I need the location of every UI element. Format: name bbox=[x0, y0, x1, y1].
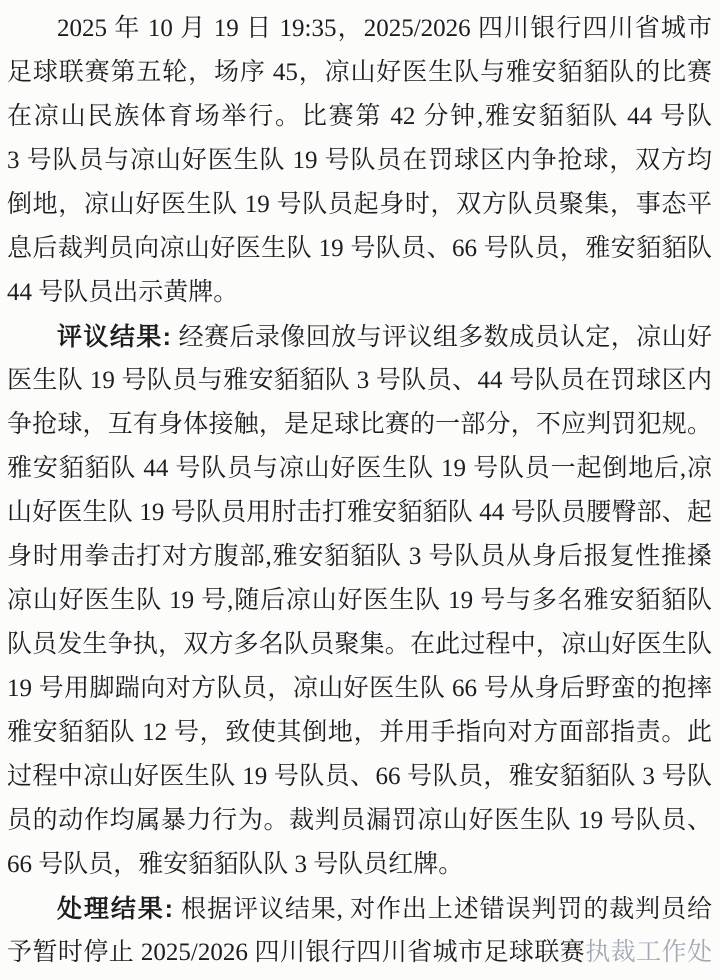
line-text: 根据评议结果, 对作出上述错误判罚的裁判员给 bbox=[174, 896, 712, 923]
text-line: 评议结果: 经赛后录像回放与评议组多数成员认定，凉山好 bbox=[7, 315, 712, 359]
line-text: 队员发生争执，双方多名队员聚集。在此过程中，凉山好医生队 bbox=[7, 631, 712, 658]
line-text: 凉山好医生队 19 号,随后凉山好医生队 19 号与多名雅安貊貊队 bbox=[7, 587, 712, 614]
text-line: 过程中凉山好医生队 19 号队员、66 号队员，雅安貊貊队 3 号队 bbox=[7, 755, 712, 799]
line-text: 经赛后录像回放与评议组多数成员认定，凉山好 bbox=[172, 324, 712, 351]
line-text: 员的动作均属暴力行为。裁判员漏罚凉山好医生队 19 号队员、 bbox=[7, 807, 712, 834]
text-line: 雅安貊貊队 44 号队员与凉山好医生队 19 号队员一起倒地后,凉 bbox=[7, 447, 712, 491]
text-line: 倒地，凉山好医生队 19 号队员起身时，双方队员聚集，事态平 bbox=[7, 183, 712, 227]
text-line: 身时用拳击打对方腹部,雅安貊貊队 3 号队员从身后报复性推搡 bbox=[7, 535, 712, 579]
line-text: 山好医生队 19 号队员用肘击打雅安貊貊队 44 号队员腰臀部、起 bbox=[7, 499, 712, 526]
line-text: 医生队 19 号队员与雅安貊貊队 3 号队员、44 号队员在罚球区内 bbox=[7, 367, 712, 394]
text-line: 争抢球，互有身体接触，是足球比赛的一部分，不应判罚犯规。 bbox=[7, 403, 712, 447]
text-line: 员的动作均属暴力行为。裁判员漏罚凉山好医生队 19 号队员、 bbox=[7, 799, 712, 843]
text-line: 在凉山民族体育场举行。比赛第 42 分钟,雅安貊貊队 44 号队员、 bbox=[7, 95, 712, 139]
text-line: 医生队 19 号队员与雅安貊貊队 3 号队员、44 号队员在罚球区内 bbox=[7, 359, 712, 403]
line-text: 44 号队员出示黄牌。 bbox=[7, 279, 238, 306]
text-line: 44 号队员出示黄牌。 bbox=[7, 271, 712, 315]
line-text: 2025 年 10 月 19 日 19:35，2025/2026 四川银行四川省… bbox=[57, 15, 712, 42]
line-text: 倒地，凉山好医生队 19 号队员起身时，双方队员聚集，事态平 bbox=[7, 191, 712, 218]
line-text: 争抢球，互有身体接触，是足球比赛的一部分，不应判罚犯规。 bbox=[7, 411, 712, 438]
faded-tail-text: 执裁工作处 bbox=[585, 939, 712, 966]
text-line: 2025 年 10 月 19 日 19:35，2025/2026 四川银行四川省… bbox=[7, 7, 712, 51]
section-label: 评议结果: bbox=[57, 323, 172, 351]
text-line: 队员发生争执，双方多名队员聚集。在此过程中，凉山好医生队 bbox=[7, 623, 712, 667]
section-label: 处理结果: bbox=[57, 895, 174, 923]
line-text: 身时用拳击打对方腹部,雅安貊貊队 3 号队员从身后报复性推搡 bbox=[7, 543, 712, 570]
text-line: 3 号队员与凉山好医生队 19 号队员在罚球区内争抢球，双方均 bbox=[7, 139, 712, 183]
line-text: 雅安貊貊队 12 号，致使其倒地，并用手指向对方面部指责。此 bbox=[7, 719, 712, 746]
line-text: 雅安貊貊队 44 号队员与凉山好医生队 19 号队员一起倒地后,凉 bbox=[7, 455, 712, 482]
text-line: 予暂时停止 2025/2026 四川银行四川省城市足球联赛执裁工作处 bbox=[7, 931, 712, 975]
line-text: 3 号队员与凉山好医生队 19 号队员在罚球区内争抢球，双方均 bbox=[7, 147, 712, 174]
text-line: 山好医生队 19 号队员用肘击打雅安貊貊队 44 号队员腰臀部、起 bbox=[7, 491, 712, 535]
text-line: 处理结果: 根据评议结果, 对作出上述错误判罚的裁判员给 bbox=[7, 887, 712, 931]
text-line: 雅安貊貊队 12 号，致使其倒地，并用手指向对方面部指责。此 bbox=[7, 711, 712, 755]
line-text: 19 号用脚踹向对方队员，凉山好医生队 66 号从身后野蛮的抱摔 bbox=[7, 675, 712, 702]
text-line: 息后裁判员向凉山好医生队 19 号队员、66 号队员，雅安貊貊队 bbox=[7, 227, 712, 271]
document-body: 2025 年 10 月 19 日 19:35，2025/2026 四川银行四川省… bbox=[7, 7, 712, 975]
text-line: 凉山好医生队 19 号,随后凉山好医生队 19 号与多名雅安貊貊队 bbox=[7, 579, 712, 623]
line-text: 在凉山民族体育场举行。比赛第 42 分钟,雅安貊貊队 44 号队员、 bbox=[7, 103, 712, 139]
line-text: 予暂时停止 2025/2026 四川银行四川省城市足球联赛 bbox=[7, 939, 585, 966]
document-page: 2025 年 10 月 19 日 19:35，2025/2026 四川银行四川省… bbox=[0, 0, 720, 980]
line-text: 足球联赛第五轮，场序 45，凉山好医生队与雅安貊貊队的比赛 bbox=[7, 59, 712, 86]
text-line: 足球联赛第五轮，场序 45，凉山好医生队与雅安貊貊队的比赛 bbox=[7, 51, 712, 95]
text-line: 19 号用脚踹向对方队员，凉山好医生队 66 号从身后野蛮的抱摔 bbox=[7, 667, 712, 711]
line-text: 过程中凉山好医生队 19 号队员、66 号队员，雅安貊貊队 3 号队 bbox=[7, 763, 712, 790]
line-text: 66 号队员，雅安貊貊队队 3 号队员红牌。 bbox=[7, 851, 463, 878]
line-text: 息后裁判员向凉山好医生队 19 号队员、66 号队员，雅安貊貊队 bbox=[7, 235, 712, 262]
text-line: 66 号队员，雅安貊貊队队 3 号队员红牌。 bbox=[7, 843, 712, 887]
